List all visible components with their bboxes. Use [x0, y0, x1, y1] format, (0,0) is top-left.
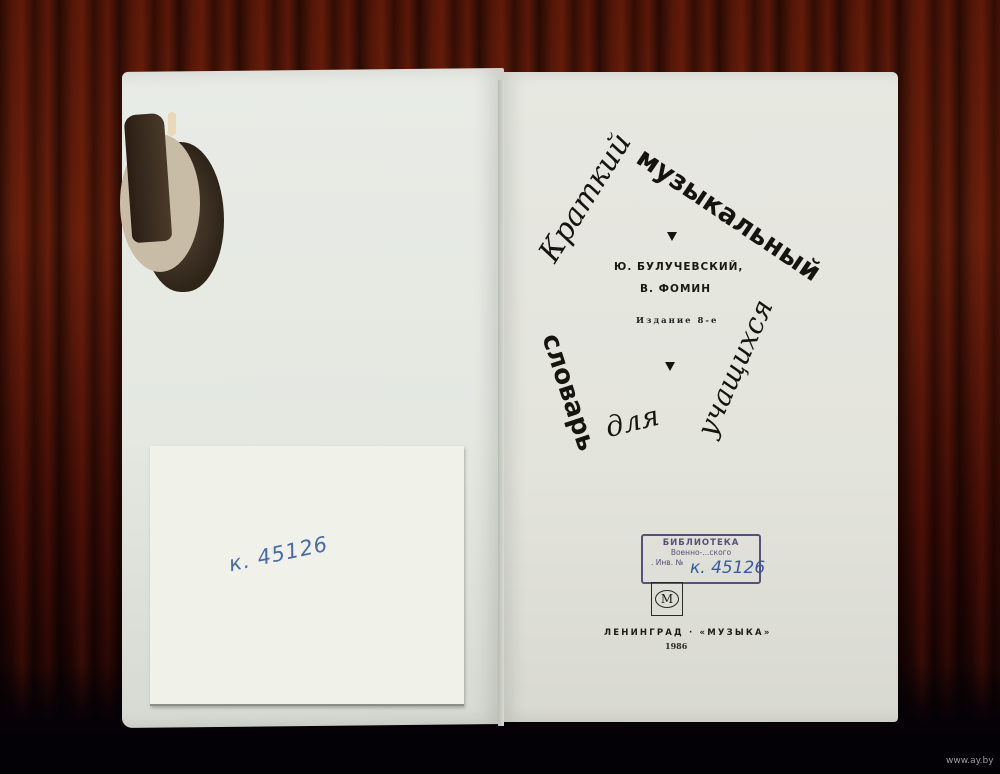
triangle-ornament-bottom	[665, 362, 675, 371]
library-card-pocket: к. 45126	[150, 446, 464, 706]
title-circle: Краткий музыкальный словарь для учащихся	[530, 150, 810, 450]
stamp-line-2: Военно-...ского	[643, 548, 759, 558]
book-gutter	[498, 80, 504, 726]
watermark: www.ay.by	[946, 756, 994, 766]
edition-label: Издание 8-е	[636, 316, 718, 326]
publisher-logo-icon: М	[651, 582, 683, 616]
triangle-ornament-top	[667, 232, 677, 241]
title-word-slovar: словарь	[535, 330, 601, 455]
author-2: В. ФОМИН	[640, 283, 711, 295]
title-word-dlya: для	[602, 399, 663, 444]
publication-year: 1986	[665, 641, 687, 651]
author-1: Ю. БУЛУЧЕВСКИЙ,	[614, 261, 743, 273]
figurine-paperweight	[120, 112, 224, 294]
stamp-line-1: БИБЛИОТЕКА	[643, 538, 759, 548]
publisher-name: ЛЕНИНГРАД · «МУЗЫКА»	[604, 628, 772, 638]
figurine-stick	[168, 112, 176, 136]
card-inventory-number: к. 45126	[227, 532, 331, 576]
stamp-inventory-number: к. 45126	[690, 558, 765, 578]
publisher-logo-letter: М	[655, 590, 679, 608]
figurine-body	[124, 113, 173, 243]
